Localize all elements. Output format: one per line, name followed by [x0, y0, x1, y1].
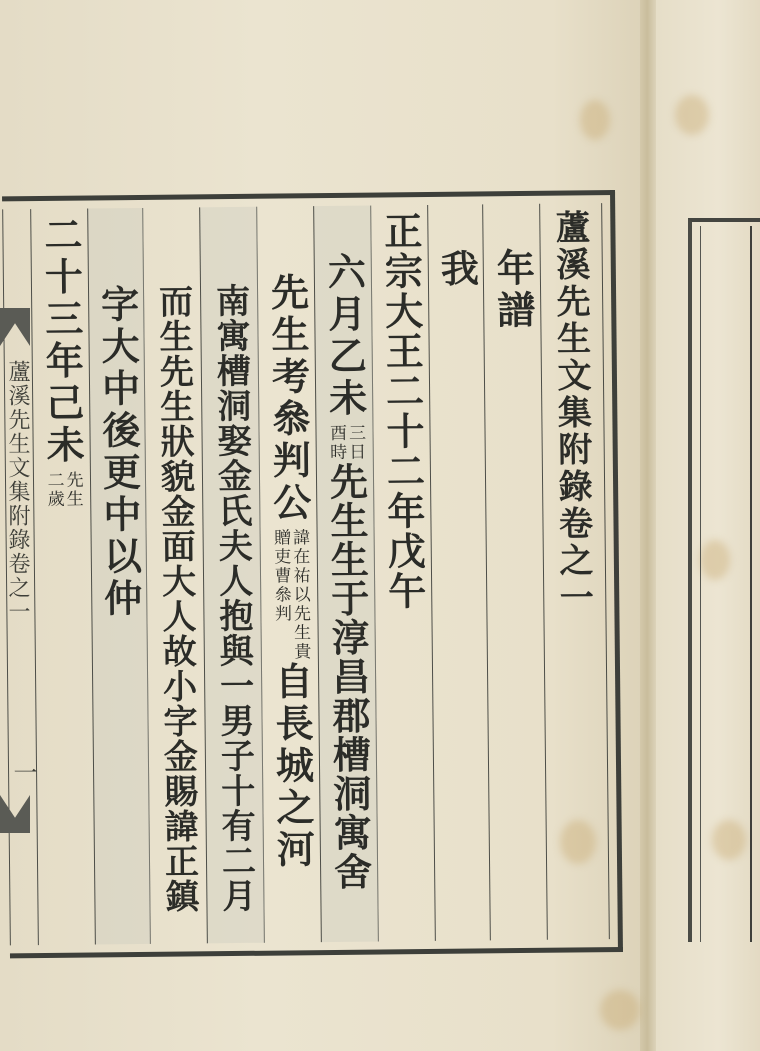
column-courtesy-name: 字大中後更中以仲	[87, 208, 151, 945]
mother-text: 南寓槽洞娶金氏夫人抱與一男子十有二月	[212, 283, 253, 913]
frame-rule	[700, 226, 701, 942]
annotation-pair: 諱在祐以先生貴 贈吏曹叅判	[271, 528, 308, 661]
father-origin: 自長城之河	[271, 661, 311, 871]
reverence-char: 我	[437, 248, 475, 290]
paper-stain	[675, 95, 709, 135]
volume-title: 蘆溪先生文集附錄卷之一	[552, 209, 590, 616]
column-appearance: 而生先生狀貌金面大人故小字金賜諱正鎮	[142, 207, 208, 944]
paper-stain	[600, 990, 640, 1030]
annotation-pair: 先生 二歲	[44, 471, 80, 509]
annotation-right: 諱在祐以先生貴	[290, 528, 308, 661]
section-heading: 年譜	[493, 248, 532, 332]
column-father: 先生考叅判公 諱在祐以先生貴 贈吏曹叅判 自長城之河	[256, 206, 322, 943]
right-page-frame	[688, 218, 760, 942]
next-year-segment: 二十三年己未 先生 二歲	[25, 214, 98, 509]
text-frame-inner: 蘆溪先生文集附錄卷之一 年譜 我 正宗大王二十二年戊午 六月乙未 三日 酉時 先…	[2, 203, 610, 945]
frame-rule	[750, 226, 752, 942]
appearance-text: 而生先生狀貌金面大人故小字金賜諱正鎮	[155, 283, 196, 913]
text-frame: 蘆溪先生文集附錄卷之一 年譜 我 正宗大王二十二年戊午 六月乙未 三日 酉時 先…	[2, 190, 623, 958]
column-title: 蘆溪先生文集附錄卷之一	[539, 203, 606, 940]
annotation-left: 贈吏曹叅判	[271, 528, 289, 661]
column-next-year: 二十三年己未 先生 二歲	[30, 209, 96, 946]
annotation-left: 二歲	[44, 471, 61, 509]
paper-stain	[580, 100, 610, 140]
annotation-right: 先生	[63, 471, 80, 509]
spine-page-number: 一	[6, 760, 41, 784]
next-year-text: 二十三年己未	[41, 215, 82, 467]
courtesy-name-text: 字大中後更中以仲	[97, 284, 139, 620]
column-mother: 南寓槽洞娶金氏夫人抱與一男子十有二月	[199, 207, 265, 944]
column-reverence: 我	[427, 204, 491, 941]
column-heading: 年譜	[482, 204, 548, 941]
father-title: 先生考叅判公	[267, 272, 308, 524]
spine-title: 蘆溪先生文集附錄卷之一	[2, 360, 33, 624]
